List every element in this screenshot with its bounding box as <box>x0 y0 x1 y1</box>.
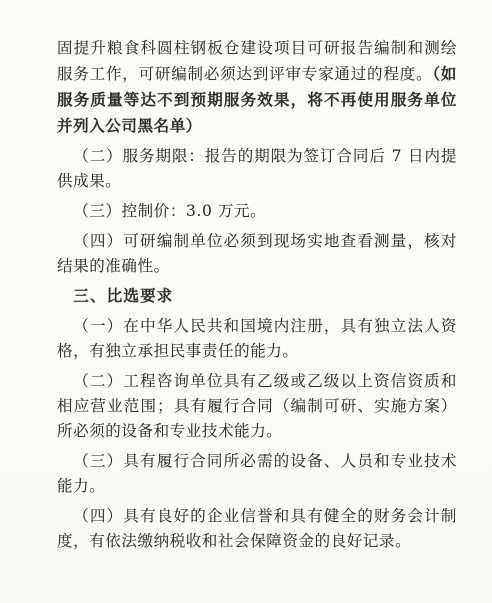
paragraph: （四）可研编制单位必须到现场实地查看测量，核对结果的准确性。 <box>57 229 457 279</box>
text-run: （四）具有良好的企业信誉和具有健全的财务会计制度，有依法缴纳税收和社会保障资金的… <box>57 507 457 550</box>
text-run: 固提升粮食科圆柱钢板仓建设项目可研报告编制和测绘服务工作，可研编制必须达到评审专… <box>57 39 457 83</box>
text-run: （三）控制价：3.0 万元。 <box>73 202 266 220</box>
paragraph: （四）具有良好的企业信誉和具有健全的财务会计制度，有依法缴纳税收和社会保障资金的… <box>57 504 457 554</box>
document-page: 固提升粮食科圆柱钢板仓建设项目可研报告编制和测绘服务工作，可研编制必须达到评审专… <box>0 0 492 603</box>
text-run: （一）在中华人民共和国境内注册，具有独立法人资格，有独立承担民事责任的能力。 <box>57 317 457 360</box>
text-run: （四）可研编制单位必须到现场实地查看测量，核对结果的准确性。 <box>57 232 457 275</box>
paragraph: （三）控制价：3.0 万元。 <box>57 199 457 224</box>
document-content: 固提升粮食科圆柱钢板仓建设项目可研报告编制和测绘服务工作，可研编制必须达到评审专… <box>0 0 492 554</box>
text-run: （三）具有履行合同所必需的设备、人员和专业技术能力。 <box>57 452 457 495</box>
bold-text-run: 三、比选要求 <box>73 287 173 305</box>
paragraph: 固提升粮食科圆柱钢板仓建设项目可研报告编制和测绘服务工作，可研编制必须达到评审专… <box>57 36 457 139</box>
section-heading: 三、比选要求 <box>57 284 457 309</box>
paragraph: （三）具有履行合同所必需的设备、人员和专业技术能力。 <box>57 449 457 499</box>
paragraph: （二）工程咨询单位具有乙级或乙级以上资信资质和相应营业范围；具有履行合同（编制可… <box>57 369 457 444</box>
paragraph: （一）在中华人民共和国境内注册，具有独立法人资格，有独立承担民事责任的能力。 <box>57 314 457 364</box>
paragraph: （二）服务期限：报告的期限为签订合同后 7 日内提供成果。 <box>57 144 457 194</box>
text-run: （二）工程咨询单位具有乙级或乙级以上资信资质和相应营业范围；具有履行合同（编制可… <box>57 372 457 440</box>
text-run: （二）服务期限：报告的期限为签订合同后 7 日内提供成果。 <box>57 147 457 190</box>
